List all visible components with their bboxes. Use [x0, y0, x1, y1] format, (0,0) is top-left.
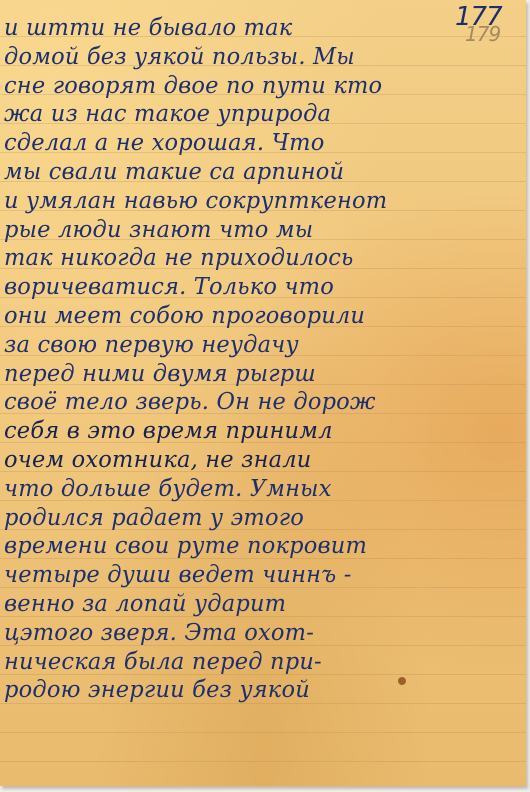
text-line: что дольше будет. Умных	[4, 475, 509, 504]
text-line: сне говорят двое по пути кто	[4, 72, 509, 101]
text-line: очем охотника, не знали	[4, 446, 509, 475]
text-line: за свою первую неудачу	[4, 331, 509, 360]
text-line: себя в это время принимл	[4, 417, 509, 446]
ruled-line	[0, 732, 526, 733]
text-line: родою энергии без уякой	[4, 676, 509, 705]
text-line: жа из нас такое уприрода	[4, 100, 509, 129]
text-line: и умялан навью сокрупткенот	[4, 187, 509, 216]
text-line: и штти не бывало так	[4, 8, 509, 43]
text-line: сделал а не хорошая. Что	[4, 129, 509, 158]
text-line: венно за лопай ударит	[4, 590, 509, 619]
text-line: своё тело зверь. Он не дорож	[4, 388, 509, 417]
text-line: перед ними двумя рыгрш	[4, 360, 509, 389]
text-line: цэтого зверя. Эта охот-	[4, 619, 509, 648]
text-line: так никогда не приходилось	[4, 244, 509, 273]
manuscript-page: 177 179 и штти не бывало так домой без у…	[0, 0, 526, 786]
ink-stain	[398, 677, 406, 685]
text-line: родился радает у этого	[4, 504, 509, 533]
text-line: они меет собою проговорили	[4, 302, 509, 331]
text-line: времени свои руте покровит	[4, 532, 509, 561]
text-line: ническая была перед при-	[4, 648, 509, 677]
ruled-line	[0, 761, 526, 762]
text-line: рые люди знают что мы	[4, 216, 509, 245]
text-line: мы свали такие са арпиной	[4, 158, 509, 187]
handwritten-text: и штти не бывало так домой без уякой пол…	[4, 8, 520, 705]
text-line: воричеватися. Только что	[4, 273, 509, 302]
text-line: домой без уякой пользы. Мы	[4, 43, 509, 72]
text-line: четыре души ведет чиннъ -	[4, 561, 509, 590]
